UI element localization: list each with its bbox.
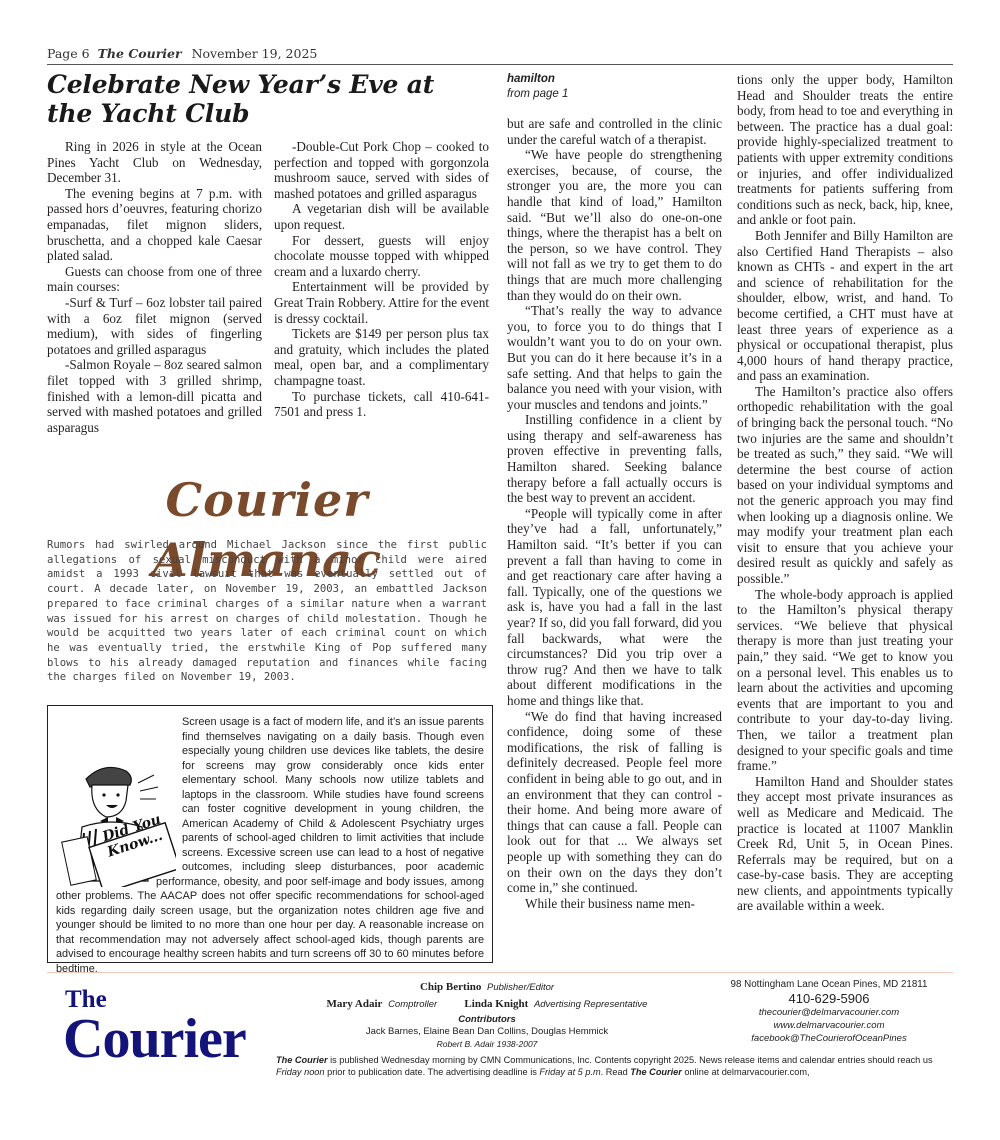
facebook-link[interactable]: facebook@TheCourierofOceanPines [719,1032,939,1045]
article-paragraph: Tickets are $149 per person plus tax and… [274,326,489,388]
legal-text: . Read [601,1067,631,1077]
contributors-list: Jack Barnes, Elaine Bean Dan Collins, Do… [267,1026,707,1038]
article-paragraph: but are safe and controlled in the clini… [507,116,722,147]
hamilton-article-column-3: but are safe and controlled in the clini… [507,116,722,911]
legal-text: online at delmarvacourier.com, [682,1067,810,1077]
article-paragraph: Entertainment will be provided by Great … [274,279,489,326]
legal-text: prior to publication date. The advertisi… [325,1067,540,1077]
article-paragraph: “We do find that having increased confid… [507,709,722,896]
newspaper-page: Page 6 The Courier November 19, 2025 Cel… [47,0,953,1140]
folio-divider [47,64,953,65]
contributors-heading: Contributors [267,1013,707,1026]
article-paragraph: Instilling confidence in a client by usi… [507,412,722,506]
yacht-article-column-1: Ring in 2026 in style at the Ocean Pines… [47,139,262,435]
almanac-body: Rumors had swirled around Michael Jackso… [47,538,487,685]
article-paragraph: “We have people do strengthening exercis… [507,147,722,303]
yacht-article-headline: Celebrate New Year’s Eve at the Yacht Cl… [47,70,487,128]
article-paragraph: For dessert, guests will enjoy chocolate… [274,233,489,280]
jump-from-line: from page 1 [507,88,568,100]
memorial-line: Robert B. Adair 1938-2007 [267,1038,707,1050]
article-paragraph: “That’s really the way to advance you, t… [507,303,722,412]
article-paragraph: “People will typically come in after the… [507,506,722,709]
publication-name: The Courier [98,46,182,61]
article-paragraph: tions only the upper body, Hamilton Head… [737,72,953,228]
hamilton-article-column-4: tions only the upper body, Hamilton Head… [737,72,953,914]
article-paragraph: The evening begins at 7 p.m. with passed… [47,186,262,264]
publisher-row: Chip Bertino Publisher/Editor [267,979,707,996]
masthead-logo: The Courier [63,987,246,1065]
page-number: Page 6 [47,46,90,61]
article-paragraph: To purchase tickets, call 410-641-7501 a… [274,389,489,420]
mailing-address: 98 Nottingham Lane Ocean Pines, MD 21811 [719,978,939,991]
contact-block: 98 Nottingham Lane Ocean Pines, MD 21811… [719,978,939,1045]
jump-slug: hamilton [507,72,568,87]
staff-box: Chip Bertino Publisher/Editor Mary Adair… [267,979,707,1050]
legal-pub-name: The Courier [276,1055,328,1065]
article-paragraph: While their business name men- [507,896,722,912]
folio-line: Page 6 The Courier November 19, 2025 [47,46,317,61]
comptroller-name: Mary Adair [327,998,383,1010]
article-paragraph: The whole-body approach is applied to th… [737,587,953,774]
legal-deadline-news: Friday noon [276,1067,325,1077]
phone-number: 410-629-5906 [719,991,939,1006]
article-paragraph: A vegetarian dish will be available upon… [274,201,489,232]
publisher-role: Publisher/Editor [487,982,554,993]
publisher-name: Chip Bertino [420,981,481,993]
article-paragraph: The Hamilton’s practice also offers orth… [737,384,953,587]
newsboy-illustration-icon: Did You Know... [56,757,176,887]
comptroller-role: Comptroller [388,999,437,1010]
publication-notice: The Courier is published Wednesday morni… [276,1055,956,1078]
article-paragraph: Ring in 2026 in style at the Ocean Pines… [47,139,262,186]
ad-rep-role: Advertising Representative [534,999,648,1010]
staff-row: Mary Adair Comptroller Linda Knight Adve… [267,996,707,1013]
article-paragraph: Guests can choose from one of three main… [47,264,262,295]
article-paragraph: -Salmon Royale – 8oz seared salmon filet… [47,357,262,435]
did-you-know-box: Did You Know... Screen usage is a fact o… [47,705,493,963]
legal-deadline-ads: Friday at 5 p.m [539,1067,600,1077]
article-paragraph: -Double-Cut Pork Chop – cooked to perfec… [274,139,489,201]
jump-header: hamilton from page 1 [507,72,568,102]
legal-text: is published Wednesday morning by CMN Co… [328,1055,933,1065]
yacht-article-column-2: -Double-Cut Pork Chop – cooked to perfec… [274,139,489,420]
article-paragraph: -Surf & Turf – 6oz lobster tail paired w… [47,295,262,357]
article-paragraph: Both Jennifer and Billy Hamilton are als… [737,228,953,384]
issue-date: November 19, 2025 [192,46,318,61]
article-paragraph: Hamilton Hand and Shoulder states they a… [737,774,953,914]
footer-divider [47,972,953,973]
did-you-know-text: Did You Know... Screen usage is a fact o… [56,715,484,976]
website-link[interactable]: www.delmarvacourier.com [719,1019,939,1032]
masthead-name: Courier [63,1013,246,1065]
email-link[interactable]: thecourier@delmarvacourier.com [719,1006,939,1019]
ad-rep-name: Linda Knight [464,998,528,1010]
legal-pub-name: The Courier [630,1067,682,1077]
